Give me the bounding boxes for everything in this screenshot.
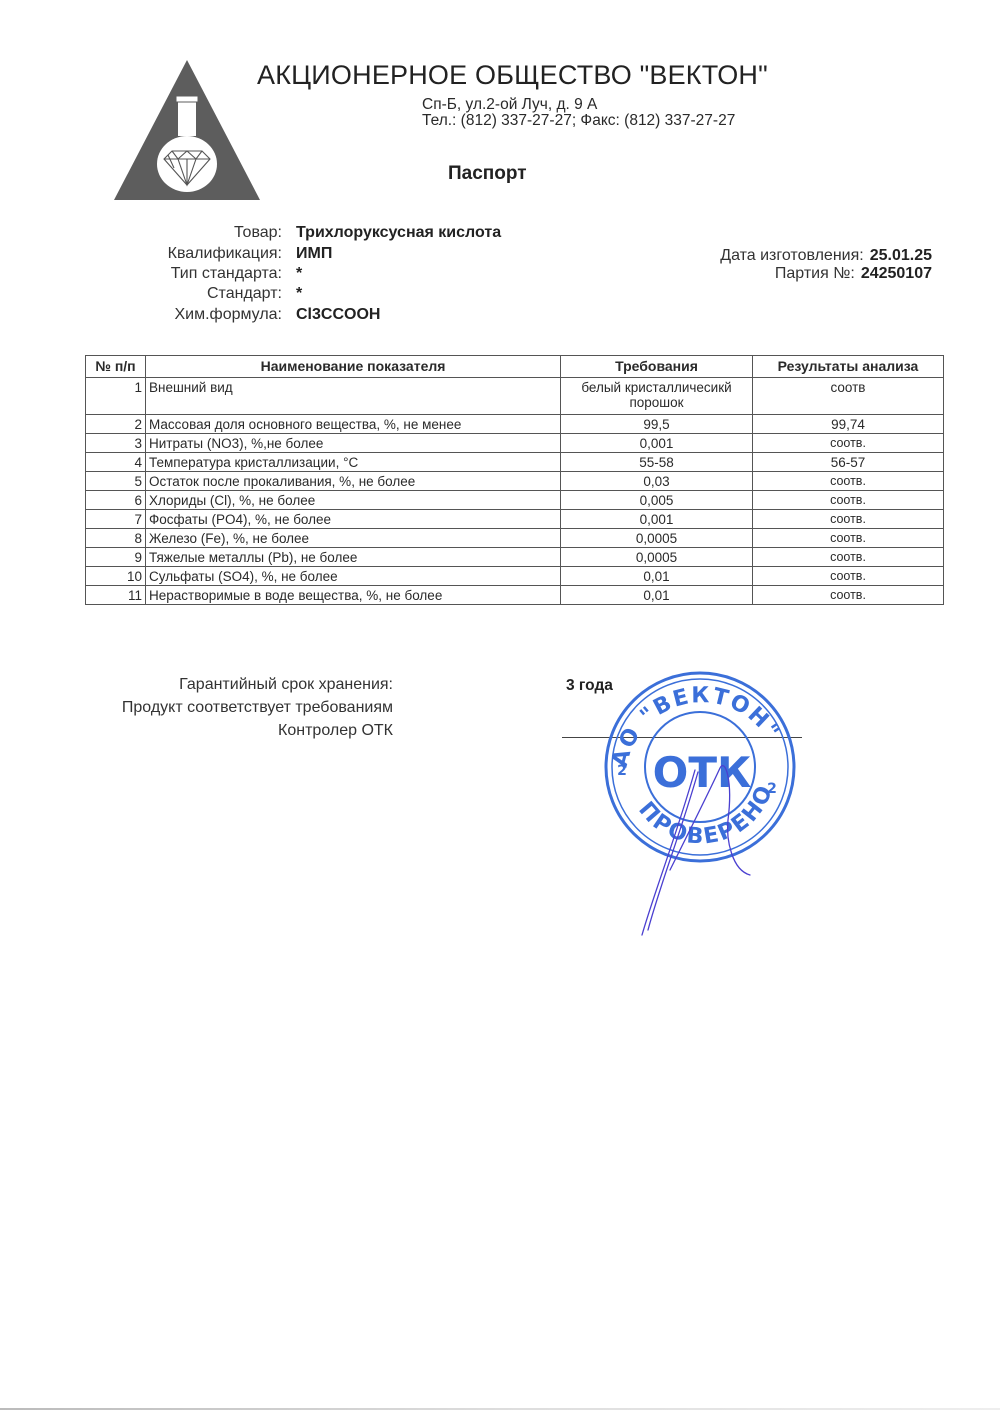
product-name-row: Товар: Трихлоруксусная кислота	[26, 224, 501, 242]
cell-result: соотв.	[753, 548, 944, 567]
cell-requirement: 0,005	[561, 491, 753, 510]
table-header-row: № п/п Наименование показателя Требования…	[86, 356, 944, 378]
manufacture-date-label: Дата изготовления:	[720, 247, 869, 265]
table-row: 8Железо (Fe), %, не более0,0005соотв.	[86, 529, 944, 548]
qualification-label: Квалификация:	[26, 245, 296, 263]
cell-parameter-name: Сульфаты (SO4), %, не более	[146, 567, 561, 586]
chemical-formula-row: Хим.формула: Cl3CCOOH	[26, 306, 380, 324]
cell-parameter-name: Нитраты (NO3), %,не более	[146, 434, 561, 453]
column-header-results: Результаты анализа	[753, 356, 944, 378]
chemical-formula-label: Хим.формула:	[26, 306, 296, 324]
table-row: 2Массовая доля основного вещества, %, не…	[86, 415, 944, 434]
batch-value: 24250107	[861, 265, 932, 283]
batch-label: Партия №:	[775, 265, 861, 283]
cell-parameter-name: Хлориды (Cl), %, не более	[146, 491, 561, 510]
company-logo-icon	[112, 58, 262, 202]
cell-requirement: 0,0005	[561, 529, 753, 548]
cell-number: 5	[86, 472, 146, 491]
chemical-formula-value: Cl3CCOOH	[296, 306, 380, 324]
cell-number: 4	[86, 453, 146, 472]
cell-number: 10	[86, 567, 146, 586]
cell-result: соотв	[753, 378, 944, 415]
company-name: АКЦИОНЕРНОЕ ОБЩЕСТВО "ВЕКТОН"	[257, 60, 768, 91]
cell-result: соотв.	[753, 434, 944, 453]
table-row: 7Фосфаты (PO4), %, не более0,001соотв.	[86, 510, 944, 529]
specification-table: № п/п Наименование показателя Требования…	[85, 355, 944, 605]
table-row: 3Нитраты (NO3), %,не более0,001соотв.	[86, 434, 944, 453]
compliance-text: Продукт соответствует требованиям	[122, 699, 393, 717]
cell-number: 3	[86, 434, 146, 453]
cell-parameter-name: Массовая доля основного вещества, %, не …	[146, 415, 561, 434]
table-row: 1Внешний видбелый кристалличесикй порошо…	[86, 378, 944, 415]
table-row: 10Сульфаты (SO4), %, не более0,01соотв.	[86, 567, 944, 586]
cell-number: 7	[86, 510, 146, 529]
table-row: 11Нерастворимые в воде вещества, %, не б…	[86, 586, 944, 605]
cell-parameter-name: Нерастворимые в воде вещества, %, не бол…	[146, 586, 561, 605]
cell-number: 6	[86, 491, 146, 510]
column-header-requirements: Требования	[561, 356, 753, 378]
cell-requirement: 0,0005	[561, 548, 753, 567]
qc-controller-label: Контролер ОТК	[278, 722, 393, 740]
cell-number: 11	[86, 586, 146, 605]
cell-requirement: 0,01	[561, 586, 753, 605]
cell-parameter-name: Железо (Fe), %, не более	[146, 529, 561, 548]
product-name-value: Трихлоруксусная кислота	[296, 224, 501, 242]
controller-signature-icon	[600, 760, 800, 940]
company-phone-fax: Тел.: (812) 337-27-27; Факс: (812) 337-2…	[422, 113, 735, 129]
document-title: Паспорт	[448, 163, 527, 185]
cell-parameter-name: Температура кристаллизации, °С	[146, 453, 561, 472]
table-row: 9Тяжелые металлы (Pb), не более0,0005соо…	[86, 548, 944, 567]
cell-requirement: 0,001	[561, 434, 753, 453]
column-header-parameter: Наименование показателя	[146, 356, 561, 378]
page-bottom-edge	[0, 1408, 1000, 1410]
standard-type-value: *	[296, 265, 302, 283]
column-header-number: № п/п	[86, 356, 146, 378]
cell-number: 9	[86, 548, 146, 567]
cell-number: 8	[86, 529, 146, 548]
cell-result: 56-57	[753, 453, 944, 472]
cell-requirement: 99,5	[561, 415, 753, 434]
cell-parameter-name: Фосфаты (PO4), %, не более	[146, 510, 561, 529]
standard-label: Стандарт:	[26, 285, 296, 303]
standard-type-label: Тип стандарта:	[26, 265, 296, 283]
cell-number: 1	[86, 378, 146, 415]
cell-parameter-name: Внешний вид	[146, 378, 561, 415]
cell-result: соотв.	[753, 472, 944, 491]
qualification-value: ИМП	[296, 245, 332, 263]
cell-requirement: 55-58	[561, 453, 753, 472]
table-row: 6Хлориды (Cl), %, не более0,005соотв.	[86, 491, 944, 510]
cell-result: соотв.	[753, 567, 944, 586]
manufacture-date-row: Дата изготовления: 25.01.25	[720, 247, 932, 265]
standard-value: *	[296, 285, 302, 303]
cell-result: соотв.	[753, 510, 944, 529]
product-name-label: Товар:	[26, 224, 296, 242]
cell-requirement: 0,001	[561, 510, 753, 529]
table-row: 4Температура кристаллизации, °С55-5856-5…	[86, 453, 944, 472]
table-row: 5Остаток после прокаливания, %, не более…	[86, 472, 944, 491]
cell-requirement: белый кристалличесикй порошок	[561, 378, 753, 415]
manufacture-date-value: 25.01.25	[870, 247, 932, 265]
cell-requirement: 0,01	[561, 567, 753, 586]
cell-parameter-name: Остаток после прокаливания, %, не более	[146, 472, 561, 491]
cell-parameter-name: Тяжелые металлы (Pb), не более	[146, 548, 561, 567]
cell-result: соотв.	[753, 586, 944, 605]
company-address: Сп-Б, ул.2-ой Луч, д. 9 А	[422, 97, 597, 113]
batch-row: Партия №: 24250107	[775, 265, 932, 283]
cell-number: 2	[86, 415, 146, 434]
qualification-row: Квалификация: ИМП	[26, 245, 332, 263]
standard-row: Стандарт: *	[26, 285, 302, 303]
cell-requirement: 0,03	[561, 472, 753, 491]
standard-type-row: Тип стандарта: *	[26, 265, 302, 283]
cell-result: соотв.	[753, 529, 944, 548]
cell-result: 99,74	[753, 415, 944, 434]
cell-result: соотв.	[753, 491, 944, 510]
shelf-life-label: Гарантийный срок хранения:	[179, 676, 393, 694]
